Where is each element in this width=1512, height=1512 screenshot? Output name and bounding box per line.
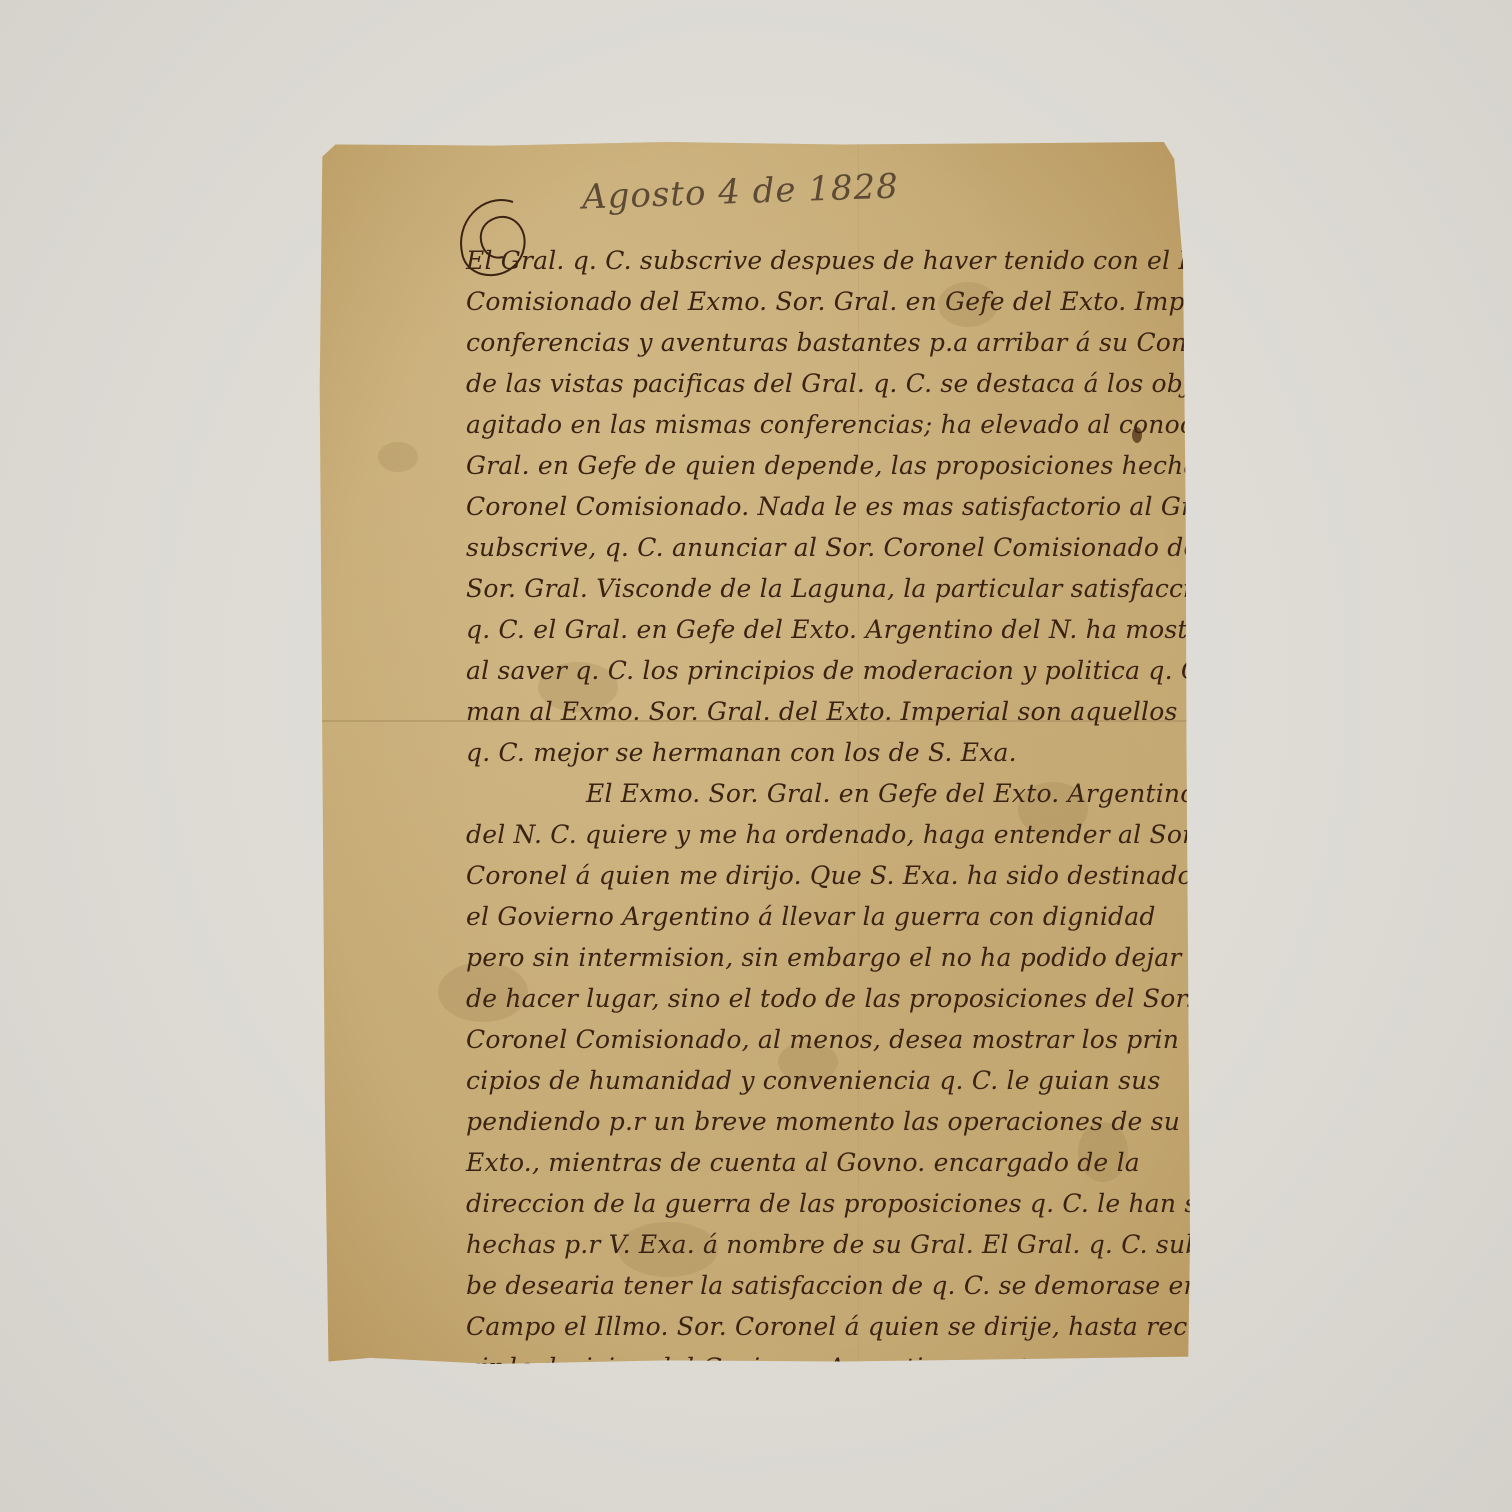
text-line: del N. C. quiere y me ha ordenado, haga … bbox=[466, 814, 1166, 855]
text-line: Campo el Illmo. Sor. Coronel á quien se … bbox=[466, 1306, 1166, 1347]
text-line: man al Exmo. Sor. Gral. del Exto. Imperi… bbox=[466, 691, 1166, 732]
text-line: Coronel Comisionado. Nada le es mas sati… bbox=[466, 486, 1166, 527]
text-line: Gral. en Gefe de quien depende, las prop… bbox=[466, 445, 1166, 486]
text-line: hechas p.r V. Exa. á nombre de su Gral. … bbox=[466, 1224, 1166, 1265]
text-line: agitado en las mismas conferencias; ha e… bbox=[466, 404, 1166, 445]
text-line: de hacer lugar, sino el todo de las prop… bbox=[466, 978, 1166, 1019]
text-line: el Govierno Argentino á llevar la guerra… bbox=[466, 896, 1166, 937]
text-line: al saver q. C. los principios de moderac… bbox=[466, 650, 1166, 691]
letter-date: Agosto 4 de 1828 bbox=[581, 166, 899, 217]
text-line: El Gral. q. C. subscrive despues de have… bbox=[466, 240, 1166, 281]
text-line: de las vistas pacificas del Gral. q. C. … bbox=[466, 363, 1166, 404]
text-line: Exto., mientras de cuenta al Govno. enca… bbox=[466, 1142, 1166, 1183]
text-line: subscrive, q. C. anunciar al Sor. Corone… bbox=[466, 527, 1166, 568]
text-line: q. C. mejor se hermanan con los de S. Ex… bbox=[466, 732, 1166, 773]
text-line: cipios de humanidad y conveniencia q. C.… bbox=[466, 1060, 1166, 1101]
text-line: Comisionado del Exmo. Sor. Gral. en Gefe… bbox=[466, 281, 1166, 322]
paragraph-start-line: El Exmo. Sor. Gral. en Gefe del Exto. Ar… bbox=[466, 773, 1166, 814]
letter-body: El Gral. q. C. subscrive despues de have… bbox=[466, 240, 1166, 1511]
text-line: be desearia tener la satisfaccion de q. … bbox=[466, 1265, 1166, 1306]
manuscript-page: Agosto 4 de 1828 El Gral. q. C. subscriv… bbox=[318, 142, 1190, 1364]
text-line: pero sin intermision, sin embargo el no … bbox=[466, 937, 1166, 978]
text-line: pendiendo p.r un breve momento las opera… bbox=[466, 1101, 1166, 1142]
text-line: direccion de la guerra de las proposicio… bbox=[466, 1183, 1166, 1224]
text-line: Sor. Gral. Visconde de la Laguna, la par… bbox=[466, 568, 1166, 609]
text-line: conferencias y aventuras bastantes p.a a… bbox=[466, 322, 1166, 363]
text-line: q. C. el Gral. en Gefe del Exto. Argenti… bbox=[466, 609, 1166, 650]
text-line: Coronel Comisionado, al menos, desea mos… bbox=[466, 1019, 1166, 1060]
text-line: Coronel á quien me dirijo. Que S. Exa. h… bbox=[466, 855, 1166, 896]
